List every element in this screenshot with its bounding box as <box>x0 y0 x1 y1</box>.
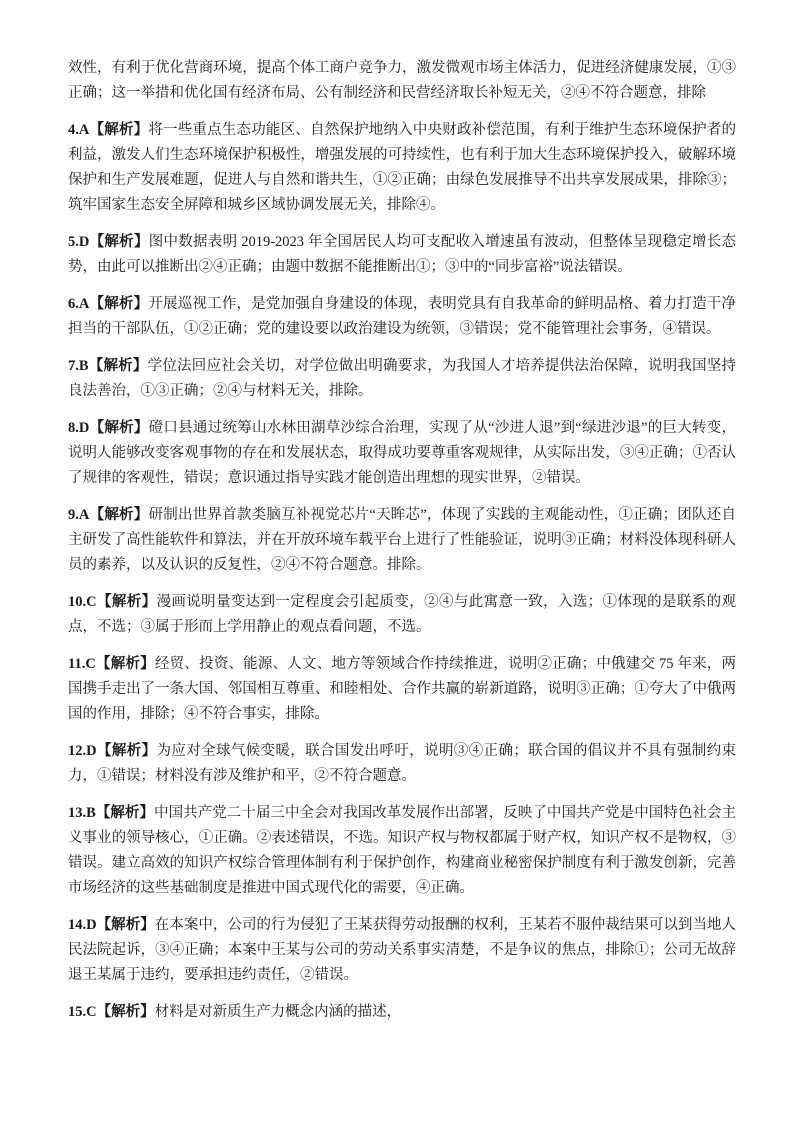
explanation-text: 为应对全球气候变暖，联合国发出呼吁，说明③④正确；联合国的倡议并不具有强制约束力… <box>68 743 736 784</box>
analysis-marker: 【解析】 <box>89 234 148 250</box>
answer-number: 12.D <box>68 743 97 759</box>
answer-number: 9.A <box>68 507 89 523</box>
answer-explanation-6: 6.A【解析】开展巡视工作，是党加强自身建设的体现，表明党具有自我革命的鲜明品格… <box>68 292 736 342</box>
analysis-marker: 【解析】 <box>97 1004 155 1020</box>
explanation-text: 经贸、投资、能源、人文、地方等领域合作持续推进，说明②正确；中俄建交 75 年来… <box>68 656 736 722</box>
answer-number: 11.C <box>68 656 96 672</box>
answer-explanation-4: 4.A【解析】将一些重点生态功能区、自然保护地纳入中央财政补偿范围，有利于维护生… <box>68 118 736 218</box>
answer-explanation-12: 12.D【解析】为应对全球气候变暖，联合国发出呼吁，说明③④正确；联合国的倡议并… <box>68 739 736 789</box>
analysis-marker: 【解析】 <box>89 507 148 523</box>
answer-explanation-3-continuation: 效性，有利于优化营商环境，提高个体工商户竞争力，激发微观市场主体活力，促进经济健… <box>68 56 736 106</box>
analysis-marker: 【解析】 <box>96 656 155 672</box>
analysis-marker: 【解析】 <box>89 358 148 374</box>
answer-number: 10.C <box>68 594 97 610</box>
answer-explanation-13: 13.B【解析】中国共产党二十届三中全会对我国改革发展作出部署，反映了中国共产党… <box>68 801 736 901</box>
answer-number: 13.B <box>68 805 96 821</box>
answer-number: 14.D <box>68 917 97 933</box>
answer-number: 8.D <box>68 420 89 436</box>
answer-number: 6.A <box>68 296 89 312</box>
explanation-text: 将一些重点生态功能区、自然保护地纳入中央财政补偿范围，有利于维护生态环境保护者的… <box>68 122 736 213</box>
answer-key-page: 效性，有利于优化营商环境，提高个体工商户竞争力，激发微观市场主体活力，促进经济健… <box>0 0 800 1131</box>
explanation-text: 漫画说明量变达到一定程度会引起质变，②④与此寓意一致，入选；①体现的是联系的观点… <box>68 594 736 635</box>
answer-explanation-7: 7.B【解析】学位法回应社会关切，对学位做出明确要求，为我国人才培养提供法治保障… <box>68 354 736 404</box>
answer-number: 4.A <box>68 122 89 138</box>
explanation-text: 学位法回应社会关切，对学位做出明确要求，为我国人才培养提供法治保障，说明我国坚持… <box>68 358 736 399</box>
answer-number: 15.C <box>68 1004 97 1020</box>
analysis-marker: 【解析】 <box>97 743 157 759</box>
explanation-text: 研制出世界首款类脑互补视觉芯片“天眸芯”，体现了实践的主观能动性，①正确；团队还… <box>68 507 736 573</box>
answer-explanation-14: 14.D【解析】在本案中，公司的行为侵犯了王某获得劳动报酬的权利，王某若不服仲裁… <box>68 913 736 988</box>
explanation-text: 材料是对新质生产力概念内涵的描述， <box>155 1004 402 1020</box>
analysis-marker: 【解析】 <box>89 420 148 436</box>
explanation-text: 在本案中，公司的行为侵犯了王某获得劳动报酬的权利，王某若不服仲裁结果可以到当地人… <box>68 917 736 983</box>
analysis-marker: 【解析】 <box>89 122 148 138</box>
explanation-text: 开展巡视工作，是党加强自身建设的体现，表明党具有自我革命的鲜明品格、着力打造干净… <box>68 296 736 337</box>
analysis-marker: 【解析】 <box>97 594 157 610</box>
analysis-marker: 【解析】 <box>89 296 148 312</box>
answer-explanation-8: 8.D【解析】磴口县通过统筹山水林田湖草沙综合治理，实现了从“沙进人退”到“绿进… <box>68 416 736 491</box>
answer-explanation-11: 11.C【解析】经贸、投资、能源、人文、地方等领域合作持续推进，说明②正确；中俄… <box>68 652 736 727</box>
answer-explanation-5: 5.D【解析】图中数据表明 2019-2023 年全国居民人均可支配收入增速虽有… <box>68 230 736 280</box>
explanation-text: 图中数据表明 2019-2023 年全国居民人均可支配收入增速虽有波动，但整体呈… <box>68 234 736 275</box>
answer-number: 5.D <box>68 234 89 250</box>
explanation-text: 中国共产党二十届三中全会对我国改革发展作出部署，反映了中国共产党是中国特色社会主… <box>68 805 736 896</box>
explanation-text: 磴口县通过统筹山水林田湖草沙综合治理，实现了从“沙进人退”到“绿进沙退”的巨大转… <box>68 420 736 486</box>
answer-explanation-9: 9.A【解析】研制出世界首款类脑互补视觉芯片“天眸芯”，体现了实践的主观能动性，… <box>68 503 736 578</box>
answer-explanation-10: 10.C【解析】漫画说明量变达到一定程度会引起质变，②④与此寓意一致，入选；①体… <box>68 590 736 640</box>
analysis-marker: 【解析】 <box>97 917 155 933</box>
answer-explanation-15: 15.C【解析】材料是对新质生产力概念内涵的描述， <box>68 1000 736 1025</box>
explanation-text: 效性，有利于优化营商环境，提高个体工商户竞争力，激发微观市场主体活力，促进经济健… <box>68 60 736 101</box>
analysis-marker: 【解析】 <box>96 805 154 821</box>
answer-number: 7.B <box>68 358 89 374</box>
